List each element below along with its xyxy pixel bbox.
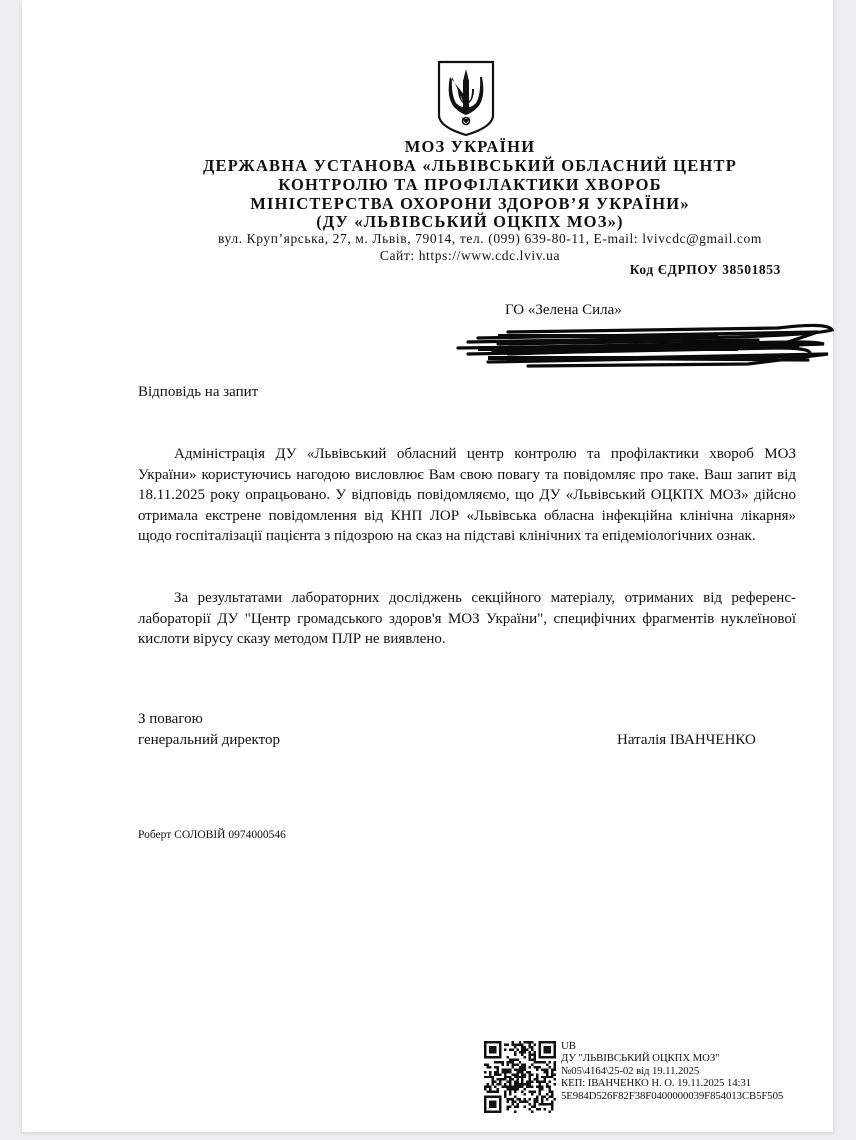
redaction-scribble: [448, 318, 840, 368]
header-institution-line-1: ДЕРЖАВНА УСТАНОВА «ЛЬВІВСЬКИЙ ОБЛАСНИЙ Ц…: [140, 156, 800, 175]
body-paragraph-1: Адміністрація ДУ «Львівський обласний це…: [138, 444, 796, 547]
recipient-name: ГО «Зелена Сила»: [505, 302, 622, 319]
coat-of-arms-icon: [436, 59, 496, 137]
e-signature-stamp: UB ДУ "ЛЬВІВСЬКИЙ ОЦКПХ МОЗ" №05\4164\25…: [561, 1040, 783, 1102]
header-address: вул. Круп’ярська, 27, м. Львів, 79014, т…: [160, 230, 820, 248]
stamp-doc-number: №05\4164\25-02 від 19.11.2025: [561, 1065, 783, 1077]
body-paragraph-1-text: Адміністрація ДУ «Львівський обласний це…: [138, 444, 796, 547]
stamp-hash: 5E984D526F82F38F0400000039F854013CB5F505: [561, 1090, 783, 1102]
signature-closing: З повагою: [138, 711, 203, 728]
body-paragraph-2: За результатами лабораторних досліджень …: [138, 588, 796, 650]
header-edrpou: Код ЄДРПОУ 38501853: [630, 262, 781, 278]
signature-position: генеральний директор: [138, 732, 280, 749]
executor-contact: Роберт СОЛОВІЙ 0974000546: [138, 829, 286, 841]
header-ministry: МОЗ УКРАЇНИ: [140, 137, 800, 156]
subject-line: Відповідь на запит: [138, 384, 258, 401]
qr-code-icon: [483, 1041, 557, 1113]
header-institution-line-2: КОНТРОЛЮ ТА ПРОФІЛАКТИКИ ХВОРОБ: [140, 175, 800, 194]
stamp-institution: ДУ "ЛЬВІВСЬКИЙ ОЦКПХ МОЗ": [561, 1052, 783, 1064]
stamp-signer: КЕП: ІВАНЧЕНКО Н. О. 19.11.2025 14:31: [561, 1077, 783, 1089]
header-institution-line-3: МІНІСТЕРСТВА ОХОРОНИ ЗДОРОВ’Я УКРАЇНИ»: [140, 194, 800, 213]
signature-name: Наталія ІВАНЧЕНКО: [617, 732, 756, 749]
stamp-line: UB: [561, 1040, 783, 1052]
body-paragraph-2-text: За результатами лабораторних досліджень …: [138, 588, 796, 650]
header-institution-short: (ДУ «ЛЬВІВСЬКИЙ ОЦКПХ МОЗ»): [140, 212, 800, 231]
